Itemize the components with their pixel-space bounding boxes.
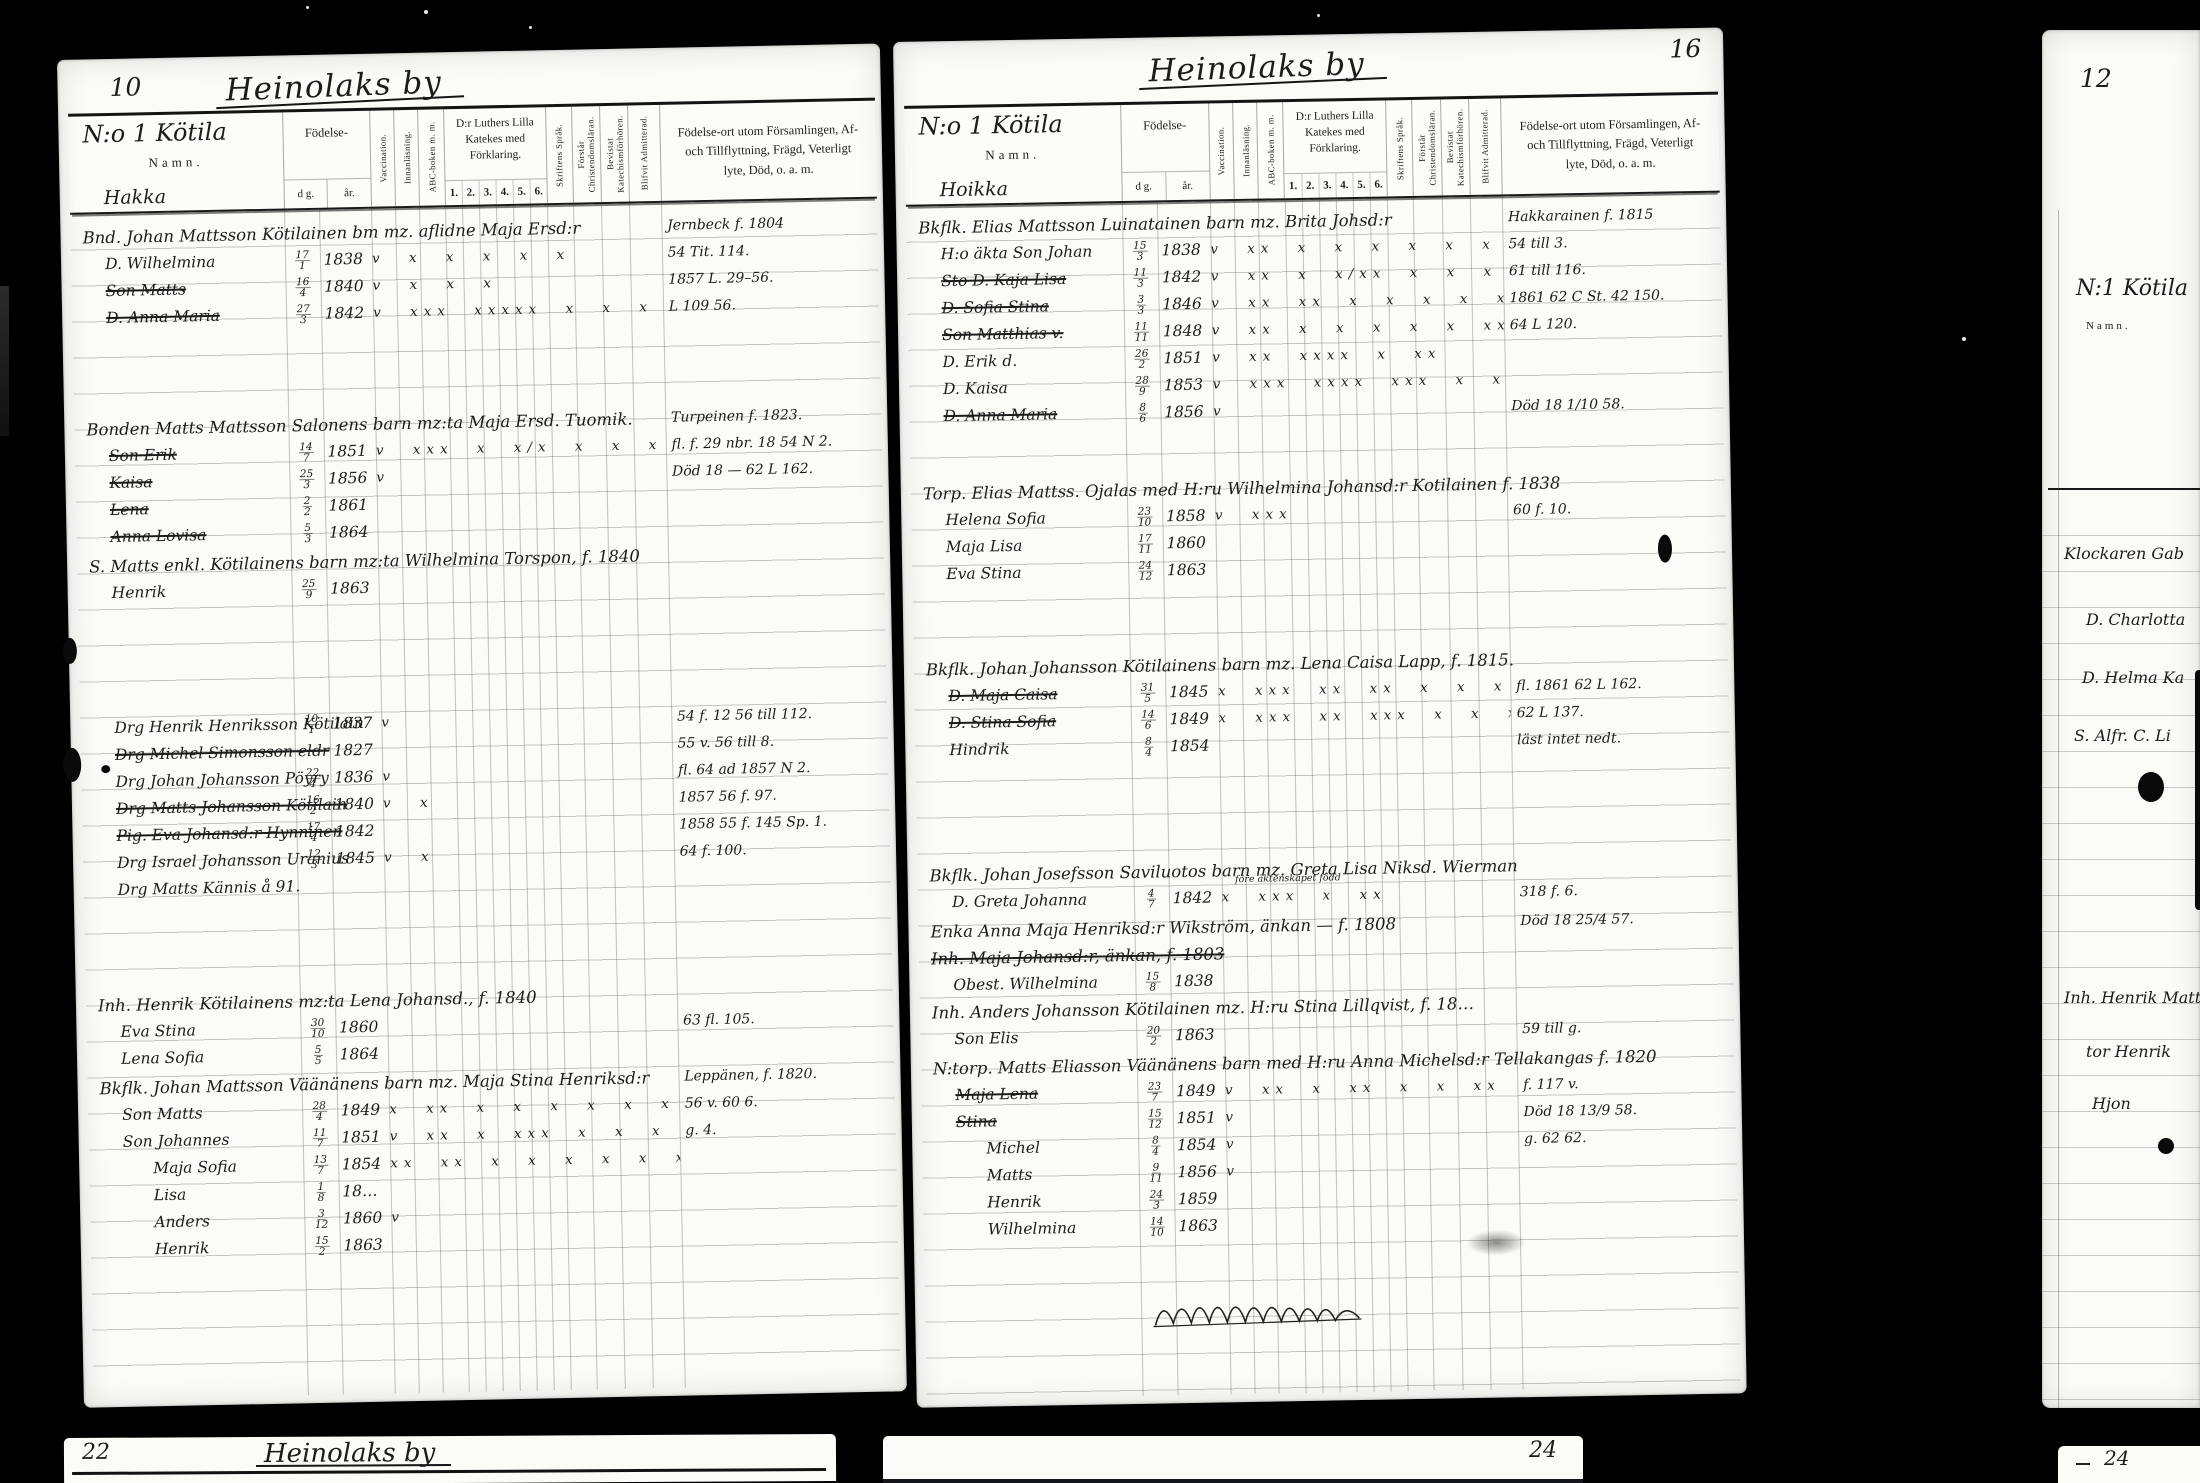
birth-year: 1854 — [1173, 1131, 1226, 1159]
remark-note — [1507, 521, 1726, 552]
grade-6: 6. — [1369, 172, 1387, 196]
birth-month: 3 — [1153, 1201, 1160, 1212]
page-number: 10 — [109, 72, 141, 102]
birth-month: 4 — [316, 1112, 323, 1123]
person-name: Son Matts — [88, 1098, 302, 1129]
birth-month: 11 — [1135, 333, 1149, 344]
name-column-label: Namn. — [69, 152, 283, 172]
person-name: Drg Matts Johansson Kötilain — [82, 792, 296, 823]
birth-date: 315 — [1130, 679, 1165, 707]
grade-5: 5. — [513, 180, 530, 204]
family-block: Bkflk. Johan Mattsson Väänänens barn mz.… — [87, 1059, 898, 1264]
birth-month: 4 — [299, 288, 306, 299]
person-name: Son Johannes — [88, 1125, 302, 1156]
birth-year: 1863 — [1163, 556, 1216, 584]
remark-note — [674, 861, 891, 892]
birth-date: 2310 — [1127, 503, 1162, 531]
catechism-title: D:r Luthers Lilla Katekes med Förklaring… — [1284, 100, 1387, 173]
scripture-column-header: Skriftens Språk. — [545, 107, 573, 203]
birth-year: 1838 — [319, 246, 372, 274]
birth-year: 1842 — [1168, 884, 1221, 912]
birth-date: 152 — [304, 1233, 339, 1261]
exam-marks — [384, 866, 674, 899]
birth-month: 7 — [317, 1166, 324, 1177]
remark-note — [1515, 958, 1734, 989]
birth-year: 1837 — [329, 710, 382, 738]
person-name: D. Wilhelmina — [71, 247, 285, 278]
family-block: Bkflk. Johan Johansson Kötilainens barn … — [914, 643, 1730, 765]
attended-column-header: Bevistat Katechismförhören. — [1440, 99, 1470, 195]
catechism-column-header: D:r Luthers Lilla Katekes med Förklaring… — [1283, 100, 1387, 198]
remark-note — [1518, 1149, 1737, 1180]
birth-month: 4 — [1145, 748, 1152, 759]
remark-note: Död 18 1/10 58. — [1505, 390, 1724, 421]
birth-date: 262 — [1124, 345, 1159, 373]
birth-date: 33 — [1123, 291, 1158, 319]
row-annotation: före äktenskapet född — [1235, 873, 1341, 884]
birth-date: 171 — [285, 247, 320, 275]
birth-date: 259 — [291, 576, 326, 604]
remark-note — [680, 1167, 897, 1198]
birth-year: 1849 — [336, 1097, 389, 1125]
entry-fragment: tor Henrik — [2086, 1042, 2171, 1061]
person-name: Matts — [923, 1160, 1139, 1191]
birth-date: 22 — [290, 493, 325, 521]
ink-blot — [63, 748, 82, 782]
person-name: Son Matthias v. — [908, 319, 1124, 350]
table-header: N:o 1 Kötila Namn. Hakka Födelse- d g. å… — [68, 98, 877, 215]
reading-label: Innanläsning. — [1240, 106, 1252, 196]
remark-note — [1506, 467, 1725, 498]
name-column-label: Namn. — [2086, 320, 2131, 332]
birth-month: 8 — [318, 1193, 325, 1204]
birth-year: 1861 — [324, 492, 377, 520]
person-name: D. Kaisa — [909, 373, 1125, 404]
birth-date: 146 — [1130, 706, 1165, 734]
birth-subcolumns: d g. år. — [1122, 171, 1209, 202]
remark-note: f. 117 v. — [1517, 1068, 1736, 1099]
remark-note: g. 62 62. — [1518, 1122, 1737, 1153]
page-number: 24 — [1529, 1438, 1557, 1463]
birth-day-label: d g. — [1122, 172, 1165, 201]
birth-month: 11 — [1149, 1173, 1163, 1184]
birth-date: 137 — [303, 1152, 338, 1180]
birth-month: 2 — [310, 806, 317, 817]
birth-year: 1851 — [1172, 1104, 1225, 1132]
remark-note: 63 fl. 105. — [677, 1003, 894, 1034]
birth-year: 1863 — [1174, 1212, 1227, 1240]
remark-note: Död 18 — 62 L 162. — [666, 455, 883, 486]
remark-note: 59 till g. — [1516, 1012, 1735, 1043]
remark-note: 54 Tit. 114. — [661, 236, 878, 267]
birth-date: 153 — [1122, 237, 1157, 265]
table-header: N:o 1 Kötila Namn. Hoikka Födelse- d g. … — [904, 92, 1720, 207]
page-title: Heinolaks by — [264, 1438, 435, 1469]
birth-month: 4 — [310, 833, 317, 844]
entry-fragment: Inh. Henrik Matts — [2064, 988, 2200, 1007]
scripture-column-header: Skriftens Språk. — [1385, 100, 1413, 196]
birth-date: 289 — [1125, 372, 1160, 400]
reading-label: Innanläsning. — [401, 113, 413, 203]
remark-note: 318 f. 6. — [1514, 875, 1733, 906]
remark-note — [1515, 931, 1734, 962]
vaccination-label: Vaccination. — [377, 113, 389, 203]
birth-year: 1846 — [1158, 290, 1211, 318]
birth-year: 1856 — [1173, 1158, 1226, 1186]
person-name: Maja Lena — [921, 1079, 1137, 1110]
understands-column-header: Förstår Christendomsläran. — [1411, 99, 1441, 195]
grade-3: 3. — [1318, 173, 1336, 197]
district-heading: N:1 Kötila — [2076, 276, 2188, 301]
record-table: N:o 1 Kötila Namn. Hoikka Födelse- d g. … — [904, 92, 1740, 1400]
birth-year-label: år. — [327, 179, 371, 208]
birth-year: 1845 — [1165, 678, 1218, 706]
entry-fragment: Klockaren Gab — [2064, 544, 2184, 563]
birth-date: 284 — [302, 1098, 337, 1126]
person-name: Drg Michel Simonsson eldr — [81, 738, 295, 769]
birth-date: 84 — [1138, 1132, 1173, 1160]
remark-note: fl. 1861 62 L 162. — [1510, 670, 1729, 701]
birth-month: 1 — [299, 261, 306, 272]
page-left: 10 Heinolaks by N:o 1 Kötila Namn. Hakka… — [57, 43, 907, 1407]
attended-label: Bevistat Katechismförhören. — [1444, 102, 1466, 192]
remark-note: L 109 56. — [663, 290, 880, 321]
birth-month: 12 — [1139, 572, 1153, 583]
understands-label: Förstår Christendomsläran. — [1416, 103, 1438, 193]
birth-date: 101 — [294, 711, 329, 739]
person-name: Stina — [922, 1106, 1138, 1137]
header-rule — [2048, 488, 2200, 490]
dust-speck — [424, 10, 428, 14]
admitted-label: Blifvit Admitterad. — [638, 108, 650, 198]
birth-date: 86 — [1125, 399, 1160, 427]
birth-month: 4 — [309, 779, 316, 790]
exam-marks — [377, 513, 667, 546]
birth-month: 5 — [315, 1056, 322, 1067]
birth-year-label: år. — [1165, 172, 1209, 201]
birth-date: 84 — [1131, 733, 1166, 761]
district-heading: N:o 1 Kötila — [82, 118, 227, 149]
birth-month: 9 — [1139, 387, 1146, 398]
person-name: Michel — [922, 1133, 1138, 1164]
vaccination-label: Vaccination. — [1215, 106, 1227, 196]
admitted-label: Blifvit Admitterad. — [1479, 102, 1491, 192]
exam-marks — [1224, 1016, 1517, 1048]
family-block: Torp. Elias Mattss. Ojalas med H:ru Wilh… — [911, 467, 1727, 589]
birth-year: 1836 — [330, 764, 383, 792]
dust-speck — [1317, 14, 1320, 17]
birth-year: 1858 — [1162, 502, 1215, 530]
birth-year: 1860 — [339, 1205, 392, 1233]
abc-column-header: ABC-boken m. m. — [417, 109, 445, 205]
entry-fragment: Hjon — [2092, 1094, 2131, 1113]
birth-year: 1854 — [337, 1151, 390, 1179]
person-name: D. Erik d. — [908, 346, 1124, 377]
family-block: Bkflk. Elias Mattsson Luinatainen barn m… — [906, 201, 1724, 431]
person-name: Henrik — [923, 1187, 1139, 1218]
ink-blot — [2195, 670, 2200, 910]
dust-speck — [529, 26, 532, 29]
birth-date: 3010 — [300, 1015, 335, 1043]
birth-month: 2 — [1150, 1037, 1157, 1048]
birth-year: 1864 — [325, 519, 378, 547]
grade-4: 4. — [1335, 173, 1353, 197]
birth-month: 2 — [1138, 360, 1145, 371]
page-number: 22 — [82, 1440, 110, 1465]
exam-marks — [392, 1226, 682, 1259]
person-name: D. Greta Johanna — [918, 886, 1134, 917]
remark-note — [1508, 548, 1727, 579]
birth-year: 18… — [338, 1178, 391, 1206]
page-number: 12 — [2080, 64, 2112, 93]
vaccination-column-header: Vaccination. — [369, 110, 395, 206]
person-name: D. Maja Caisa — [914, 680, 1130, 711]
person-name: Eva Stina — [86, 1015, 300, 1046]
remark-note: 60 f. 10. — [1507, 494, 1726, 525]
birth-month: 12 — [1148, 1119, 1162, 1130]
remark-note — [1505, 363, 1724, 394]
family-block: Bonden Matts Mattsson Salonens barn mz:t… — [74, 401, 884, 552]
birth-year: 1848 — [1159, 317, 1212, 345]
birth-date: 273 — [286, 301, 321, 329]
next-page-strip-left: 22 Heinolaks by — [64, 1434, 836, 1483]
birth-month: 5 — [1144, 694, 1151, 705]
remark-note: 54 f. 12 56 till 112. — [671, 699, 888, 730]
birth-month: 3 — [303, 480, 310, 491]
birth-year: 1845 — [331, 845, 384, 873]
person-name: Lisa — [90, 1179, 304, 1210]
admitted-column-header: Blifvit Admitterad. — [627, 105, 660, 202]
person-name: Son Elis — [920, 1023, 1136, 1054]
birth-year: 1860 — [335, 1014, 388, 1042]
grade-1: 1. — [446, 181, 462, 205]
remark-note — [677, 1030, 894, 1061]
family-surname: Hakka — [104, 186, 167, 209]
birth-date: 911 — [1138, 1159, 1173, 1187]
birth-date: 53 — [290, 520, 325, 548]
birth-month: 3 — [1138, 306, 1145, 317]
person-name: Drg Matts Kännis å 91. — [83, 873, 297, 904]
birth-day-label: d g. — [284, 180, 327, 209]
ink-blot — [2158, 1138, 2174, 1154]
birth-date — [297, 873, 332, 901]
ink-blot — [2138, 772, 2164, 802]
exam-marks: v xxx xxxxx x x x — [373, 294, 663, 327]
birth-date: 2412 — [1128, 557, 1163, 585]
table-top-rule — [72, 1468, 826, 1475]
birth-column-header: Födelse- d g. år. — [282, 111, 371, 209]
birth-month: 3 — [311, 860, 318, 871]
person-name: Eva Stina — [912, 558, 1128, 589]
birth-month: 12 — [315, 1220, 329, 1231]
birth-month: 7 — [317, 1139, 324, 1150]
person-name: D. Anna Maria — [72, 301, 286, 332]
grade-2: 2. — [462, 181, 479, 205]
birth-year: 1849 — [1165, 705, 1218, 733]
grade-2: 2. — [1301, 174, 1319, 198]
grade-4: 4. — [496, 180, 513, 204]
district-heading: N:o 1 Kötila — [918, 110, 1063, 141]
birth-year: 1827 — [329, 737, 382, 765]
birth-subcolumns: d g. år. — [284, 178, 371, 209]
birth-month: 8 — [1149, 983, 1156, 994]
remark-note — [668, 538, 885, 569]
birth-month: 2 — [304, 507, 311, 518]
understands-label: Förstår Christendomsläran. — [575, 109, 597, 199]
remark-note: 1861 62 C St. 42 150. — [1503, 282, 1722, 313]
birth-date: 202 — [1136, 1022, 1171, 1050]
ink-blot — [1658, 534, 1672, 562]
grade-1: 1. — [1285, 174, 1302, 198]
family-surname: Hoikka — [939, 178, 1008, 201]
family-block: N:torp. Matts Eliasson Väänänens barn me… — [921, 1041, 1738, 1244]
person-name: Henrik — [77, 576, 291, 607]
birth-date: 164 — [285, 274, 320, 302]
grade-6: 6. — [529, 179, 546, 203]
person-name: D. Anna Maria — [909, 400, 1125, 431]
ink-blot — [63, 638, 78, 664]
birth-date: 174 — [296, 819, 331, 847]
birth-month: 3 — [300, 315, 307, 326]
pen-dash — [2076, 1463, 2090, 1465]
person-name: Pig. Eva Johansd:r Hynninen — [82, 819, 296, 850]
birth-column-header: Födelse- d g. år. — [1120, 104, 1210, 202]
dust-speck — [306, 6, 309, 9]
birth-date: 1111 — [1124, 318, 1159, 346]
person-name: D. Stina Sofia — [915, 707, 1131, 738]
birth-column-label: Födelse- — [283, 125, 369, 142]
birth-date: 117 — [302, 1125, 337, 1153]
vaccination-column-header: Vaccination. — [1208, 103, 1234, 199]
birth-year: 1840 — [320, 273, 373, 301]
table-body-right: Bkflk. Elias Mattsson Luinatainen barn m… — [906, 193, 1741, 1400]
table-body-left: Bnd. Johan Mattsson Kötilainen bm mz. af… — [70, 199, 901, 1400]
birth-year: 1860 — [1162, 529, 1215, 557]
birth-year: 1840 — [330, 791, 383, 819]
remarks-column-header: Födelse-ort utom Församlingen, Af- och T… — [659, 101, 877, 201]
name-column-label: Namn. — [905, 145, 1121, 165]
birth-month: 1 — [308, 725, 315, 736]
exam-marks — [1216, 551, 1509, 583]
person-name: Lena Sofia — [87, 1042, 301, 1073]
birth-month: 7 — [303, 453, 310, 464]
birth-year: 1856 — [1160, 398, 1213, 426]
reading-column-header: Innanläsning. — [1232, 103, 1258, 199]
birth-date: 1711 — [1127, 530, 1162, 558]
catechism-grade-numbers: 1. 2. 3. 4. 5. 6. — [446, 178, 547, 205]
birth-date: 237 — [1137, 1078, 1172, 1106]
remark-note — [1509, 643, 1728, 674]
remark-note: 54 till 3. — [1502, 228, 1721, 259]
name-column-header: N:o 1 Kötila Namn. Hoikka — [904, 105, 1121, 205]
family-block: Enka Anna Maja Henriksd:r Wikström, änka… — [918, 904, 1734, 1053]
person-name: Anders — [90, 1206, 304, 1237]
birth-date: 158 — [1135, 968, 1170, 996]
page-title: Heinolaks by — [1148, 46, 1365, 90]
page-right: 16 Heinolaks by N:o 1 Kötila Namn. Hoikk… — [893, 28, 1747, 1408]
remark-note: 64 L 120. — [1504, 309, 1723, 340]
person-name: Wilhelmina — [924, 1214, 1140, 1245]
dust-speck — [1962, 337, 1966, 341]
remark-note — [1513, 848, 1732, 879]
remark-note — [1516, 1041, 1735, 1072]
birth-month: 10 — [311, 1029, 325, 1040]
person-name: Maja Lisa — [912, 531, 1128, 562]
birth-month: 10 — [1150, 1227, 1164, 1238]
abc-column-header: ABC-boken m. m. — [1257, 102, 1285, 198]
birth-year: 1863 — [326, 575, 379, 603]
birth-year: 1864 — [335, 1041, 388, 1069]
birth-date: 243 — [1139, 1186, 1174, 1214]
birth-month: 3 — [304, 534, 311, 545]
name-column-header: N:o 1 Kötila Namn. Hakka — [68, 112, 284, 212]
grade-3: 3. — [479, 180, 496, 204]
scripture-label: Skriftens Språk. — [1394, 103, 1406, 193]
remark-note — [1504, 336, 1723, 367]
remark-note: 61 till 116. — [1503, 255, 1722, 286]
birth-year: 1863 — [339, 1232, 392, 1260]
birth-year: 1851 — [323, 438, 376, 466]
birth-year: 1838 — [1157, 236, 1210, 264]
birth-year: 1859 — [1174, 1185, 1227, 1213]
page-number: 24 — [2104, 1446, 2129, 1470]
person-name: D. Sofia Stina — [907, 292, 1123, 323]
catechism-column-header: D:r Luthers Lilla Katekes med Förklaring… — [443, 107, 547, 205]
remark-note: 1857 56 f. 97. — [672, 780, 889, 811]
entry-fragment: S. Alfr. C. Li — [2074, 726, 2171, 745]
page-edge: 12 N:1 Kötila Namn. Klockaren Gab D. Cha… — [2042, 30, 2200, 1408]
remark-note: läst intet nedt. — [1511, 724, 1730, 755]
remark-note — [667, 509, 884, 540]
birth-date: 224 — [295, 765, 330, 793]
person-name: Sto D. Kaja Lisa — [907, 265, 1123, 296]
birth-date — [295, 738, 330, 766]
ruled-area: Klockaren Gab D. Charlotta D. Helma Ka S… — [2042, 500, 2200, 1408]
birth-month: 10 — [1138, 518, 1152, 529]
birth-date: 162 — [296, 792, 331, 820]
understands-column-header: Förstår Christendomsläran. — [571, 106, 601, 203]
person-name: Hindrik — [915, 734, 1131, 765]
birth-year: 1842 — [1158, 263, 1211, 291]
remark-note — [1515, 985, 1734, 1016]
scripture-label: Skriftens Språk. — [553, 110, 565, 200]
page-title: Heinolaks by — [225, 64, 442, 108]
birth-year: 1838 — [1170, 967, 1223, 995]
remark-note: Turpeinen f. 1823. — [665, 401, 882, 432]
remark-note — [681, 1221, 898, 1252]
person-name: Maja Sofia — [89, 1152, 303, 1183]
birth-month: 3 — [1137, 279, 1144, 290]
birth-year: 1854 — [1166, 732, 1219, 760]
birth-month: 9 — [306, 590, 313, 601]
birth-year: 1849 — [1172, 1077, 1225, 1105]
family-block: Drg Henrik Henriksson Kötilain1011837v54… — [80, 699, 891, 904]
remarks-column-header: Födelse-ort utom Församlingen, Af- och T… — [1500, 95, 1720, 195]
remark-note: 62 L 137. — [1510, 697, 1729, 728]
birth-date: 253 — [289, 466, 324, 494]
remark-note — [666, 482, 883, 513]
next-page-strip-right: 24 — [883, 1436, 1583, 1483]
remark-note — [1519, 1176, 1738, 1207]
catechism-grade-numbers: 1. 2. 3. 4. 5. 6. — [1285, 171, 1387, 198]
scan-noise — [0, 286, 9, 436]
sketch-doodle — [1153, 1280, 1364, 1330]
family-block: Inh. Henrik Kötilainens mz:ta Lena Johan… — [86, 976, 894, 1073]
birth-year — [332, 872, 385, 900]
birth-date: 147 — [289, 439, 324, 467]
birth-year: 1856 — [324, 465, 377, 493]
person-name: H:o äkta Son Johan — [906, 238, 1122, 269]
